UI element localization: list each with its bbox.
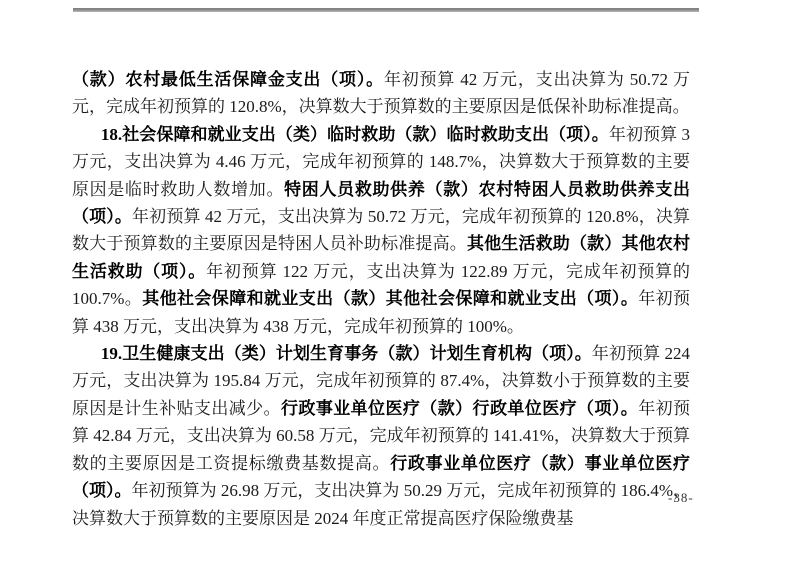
expense-item-heading: 19.卫生健康支出（类）计划生育事务（款）计划生育机构（项）。 [101, 344, 592, 363]
expense-item-heading: 其他社会保障和就业支出（款）其他社会保障和就业支出（项）。 [142, 289, 638, 308]
paragraph-continuation: （款）农村最低生活保障金支出（项）。年初预算 42 万元，支出决算为 50.72… [72, 66, 690, 121]
paragraph-item-19: 19.卫生健康支出（类）计划生育事务（款）计划生育机构（项）。年初预算 224 … [72, 340, 690, 532]
page-number: -38- [668, 490, 694, 506]
expense-item-heading: 行政事业单位医疗（款）行政单位医疗（项）。 [281, 399, 638, 418]
expense-item-detail: 年初预算为 26.98 万元，支出决算为 50.29 万元，完成年初预算的 18… [72, 481, 690, 527]
page-top-rule [73, 8, 699, 12]
expense-item-heading: 18.社会保障和就业支出（类）临时救助（款）临时救助支出（项）。 [101, 125, 609, 144]
document-body: （款）农村最低生活保障金支出（项）。年初预算 42 万元，支出决算为 50.72… [72, 66, 690, 532]
expense-item-heading: （款）农村最低生活保障金支出（项）。 [72, 70, 384, 89]
paragraph-item-18: 18.社会保障和就业支出（类）临时救助（款）临时救助支出（项）。年初预算 3 万… [72, 121, 690, 340]
document-page: （款）农村最低生活保障金支出（项）。年初预算 42 万元，支出决算为 50.72… [0, 0, 800, 565]
